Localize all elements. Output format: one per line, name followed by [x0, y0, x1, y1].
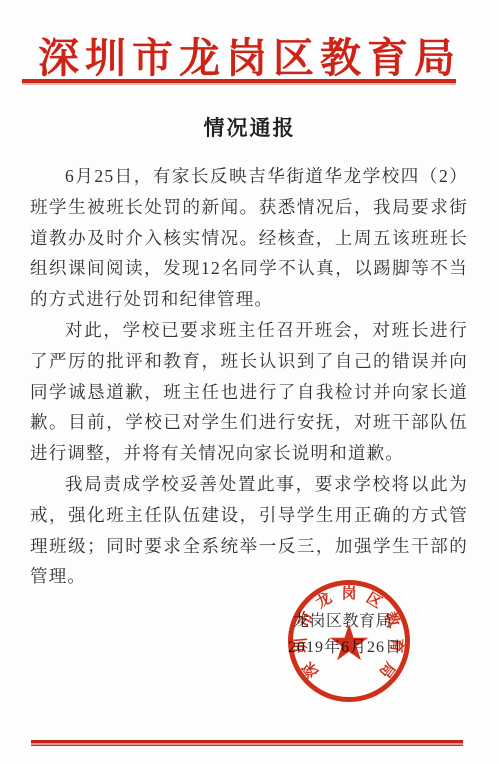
seal-ring-char: 市	[295, 608, 319, 632]
letterhead-rule	[22, 79, 456, 83]
paragraph-3: 我局责成学校妥善处置此事，要求学校将以此为戒，强化班主任队伍建设，引导学生用正确…	[30, 469, 468, 592]
letterhead-title: 深圳市龙岗区教育局	[0, 25, 499, 84]
footer-rule	[31, 740, 463, 746]
seal-ring-char: 岗	[340, 585, 358, 603]
seal-ring-char: 育	[386, 636, 406, 656]
seal-ring-char: 区	[361, 589, 386, 614]
paragraph-1: 6月25日，有家长反映吉华街道华龙学校四（2）班学生被班长处罚的新闻。获悉情况后…	[30, 161, 468, 315]
seal-ring-char: 教	[379, 608, 403, 632]
seal-ring-char: 圳	[292, 636, 312, 656]
star-icon: ★	[327, 618, 372, 668]
seal-ring-char: 龙	[312, 589, 337, 614]
official-seal: ★ 深圳市龙岗区教育局	[288, 580, 410, 702]
document-body: 6月25日，有家长反映吉华街道华龙学校四（2）班学生被班长处罚的新闻。获悉情况后…	[30, 161, 468, 592]
document-page: 深圳市龙岗区教育局 情况通报 6月25日，有家长反映吉华街道华龙学校四（2）班学…	[0, 0, 499, 764]
document-title: 情况通报	[0, 112, 499, 142]
paragraph-2: 对此，学校已要求班主任召开班会，对班长进行了严厉的批评和教育，班长认识到了自己的…	[30, 315, 468, 469]
seal-ring-char: 局	[374, 657, 399, 682]
seal-ring-char: 深	[299, 657, 324, 682]
